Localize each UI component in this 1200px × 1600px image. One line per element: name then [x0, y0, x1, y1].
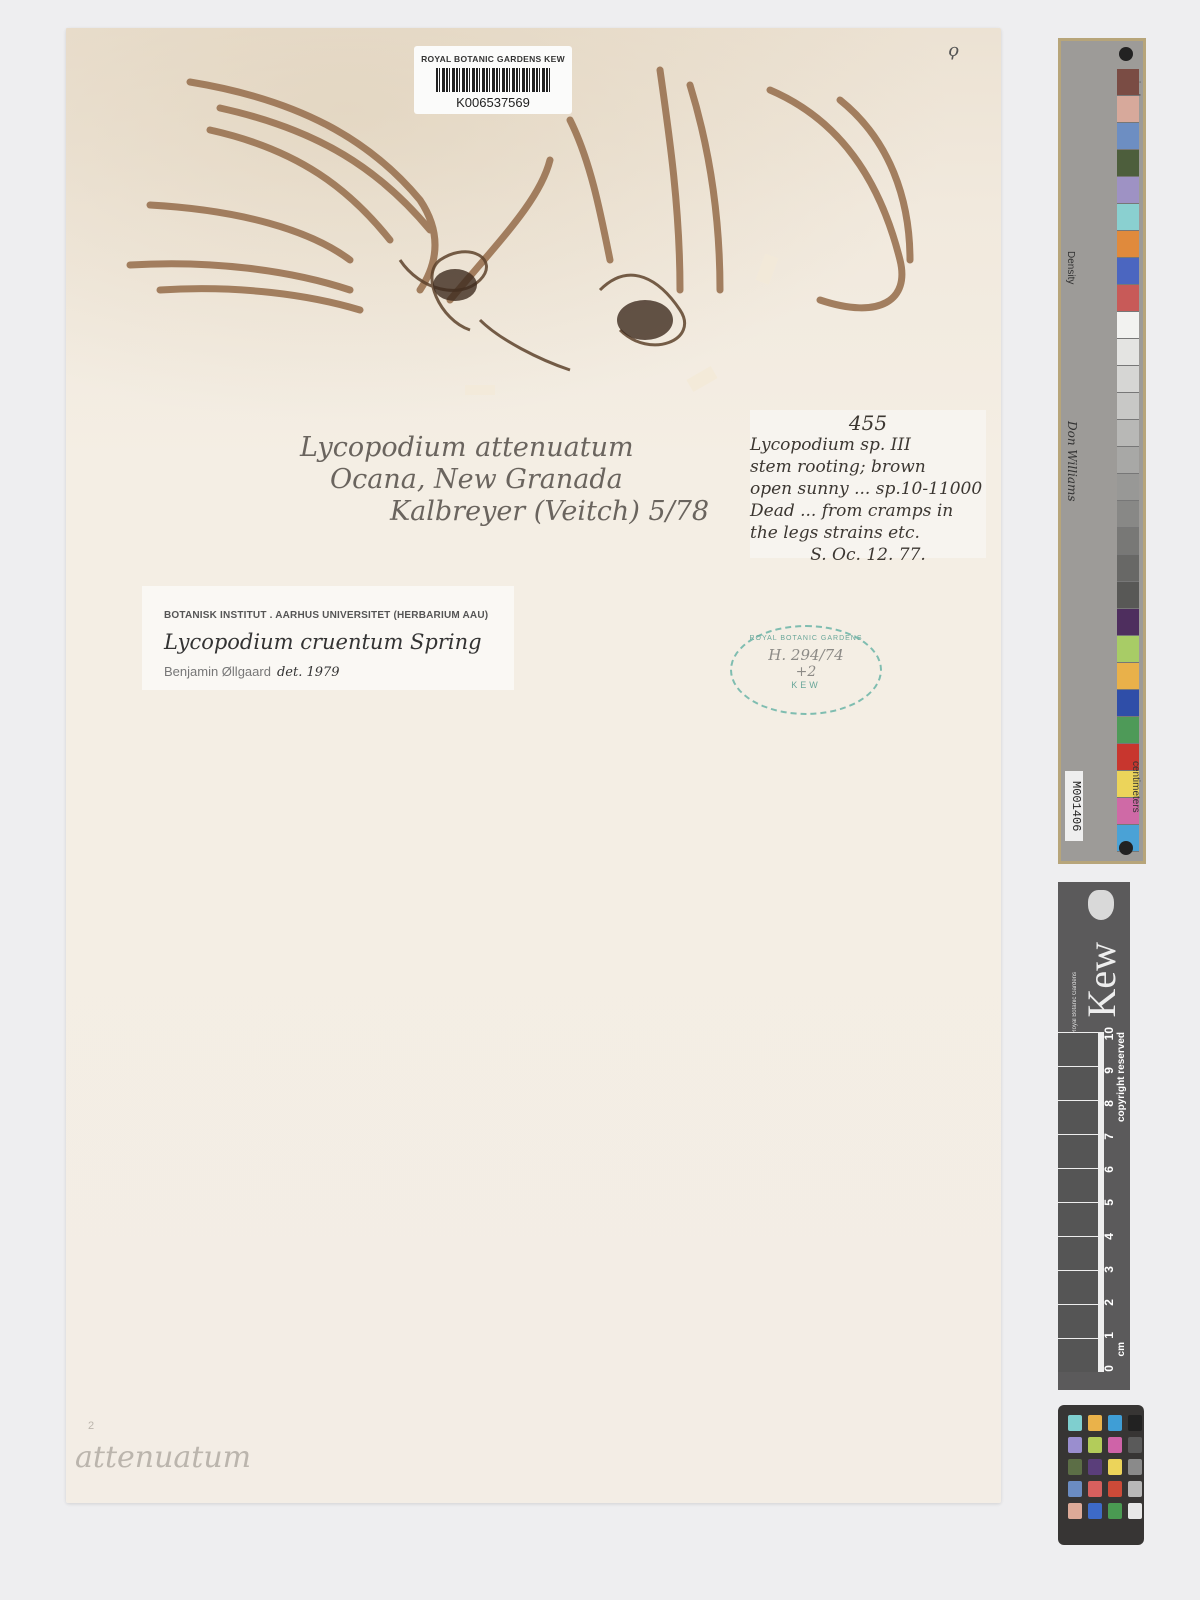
barcode-number: K006537569: [414, 95, 572, 110]
collector-label: 455 Lycopodium sp. III stem rooting; bro…: [750, 410, 986, 558]
checker-patch: [1068, 1459, 1082, 1475]
checker-patch: [1128, 1459, 1142, 1475]
color-checker: [1058, 1405, 1144, 1545]
stamp-place: KEW: [732, 680, 880, 690]
color-swatch: [1117, 123, 1139, 150]
pencil-note: attenuatum: [75, 1440, 251, 1475]
color-swatch: [1117, 663, 1139, 690]
cm-ruler: [1058, 1032, 1104, 1372]
checker-patch: [1088, 1459, 1102, 1475]
original-label-line: Kalbreyer (Veitch) 5/78: [390, 496, 730, 528]
ruler-number: 3: [1102, 1266, 1118, 1273]
checker-patch: [1068, 1437, 1082, 1453]
color-swatch: [1117, 150, 1139, 177]
kew-subtitle: Royal Botanic Gardens: [1072, 972, 1078, 1034]
corner-mark: ϙ: [948, 40, 959, 61]
registration-dot: [1119, 47, 1133, 61]
collector-label-line: Dead ... from cramps in: [750, 500, 986, 522]
checker-patch: [1108, 1503, 1122, 1519]
checker-patch: [1108, 1459, 1122, 1475]
collector-label-line: the legs strains etc.: [750, 522, 986, 544]
colorbar-density-label: Density: [1065, 251, 1076, 284]
checker-patch: [1088, 1481, 1102, 1497]
collector-number: 455: [750, 412, 986, 434]
checker-patch: [1108, 1481, 1122, 1497]
color-swatch: [1117, 447, 1139, 474]
unit-label: cm: [1116, 1342, 1127, 1356]
registration-dot: [1119, 841, 1133, 855]
det-year: det. 1979: [277, 665, 340, 680]
kew-logo: Kew: [1078, 942, 1125, 1018]
ruler-number: 2: [1102, 1299, 1118, 1306]
copyright-text: copyright reserved: [1116, 1032, 1127, 1122]
color-swatch: [1117, 204, 1139, 231]
color-swatch: [1117, 636, 1139, 663]
color-swatch: [1117, 690, 1139, 717]
checker-patch: [1068, 1415, 1082, 1431]
det-institution: BOTANISK INSTITUT . AARHUS UNIVERSITET (…: [164, 610, 488, 621]
original-label-line: Lycopodium attenuatum: [300, 432, 730, 464]
color-swatch: [1117, 717, 1139, 744]
color-swatch: [1117, 177, 1139, 204]
color-swatch: [1117, 312, 1139, 339]
original-handwritten-label: Lycopodium attenuatum Ocana, New Granada…: [290, 432, 730, 542]
determiner-name: Benjamin Øllgaard: [164, 664, 271, 679]
checker-patch: [1128, 1415, 1142, 1431]
ruler-number: 7: [1102, 1133, 1118, 1140]
checker-patch: [1088, 1503, 1102, 1519]
checker-patch: [1088, 1437, 1102, 1453]
kew-scale-bar: Kew Royal Botanic Gardens 012345678910 c…: [1058, 882, 1130, 1390]
det-taxon: Lycopodium cruentum Spring: [164, 630, 482, 654]
color-swatch: [1117, 393, 1139, 420]
determination-label: BOTANISK INSTITUT . AARHUS UNIVERSITET (…: [142, 586, 514, 690]
barcode: [436, 68, 550, 92]
colorbar-code: M001406: [1065, 771, 1083, 841]
colorbar-brand: Don Williams: [1065, 421, 1079, 502]
color-swatch: [1117, 258, 1139, 285]
color-swatch: [1117, 420, 1139, 447]
pencil-number: 2: [88, 1420, 94, 1432]
ruler-number: 0: [1102, 1365, 1118, 1372]
ruler-number: 4: [1102, 1233, 1118, 1240]
det-by: Benjamin Øllgaarddet. 1979: [164, 664, 340, 680]
stamp-accession: H. 294/74: [732, 646, 880, 664]
checker-patch: [1108, 1415, 1122, 1431]
collector-label-line: open sunny ... sp.10-11000: [750, 478, 986, 500]
checker-patch: [1088, 1415, 1102, 1431]
color-swatch: [1117, 474, 1139, 501]
barcode-institution: ROYAL BOTANIC GARDENS KEW: [414, 54, 572, 64]
collector-label-line: Lycopodium sp. III: [750, 434, 986, 456]
color-swatch: [1117, 582, 1139, 609]
color-swatch: [1117, 555, 1139, 582]
color-swatch: [1117, 285, 1139, 312]
color-swatch: [1117, 609, 1139, 636]
color-swatch: [1117, 366, 1139, 393]
checker-patch: [1108, 1437, 1122, 1453]
color-swatch: [1117, 69, 1139, 96]
color-swatch: [1117, 96, 1139, 123]
stamp-ring-text: ROYAL BOTANIC GARDENS: [732, 635, 880, 642]
barcode-label: ROYAL BOTANIC GARDENS KEW K006537569: [414, 46, 572, 114]
checker-patch: [1128, 1503, 1142, 1519]
color-bar: inches Density Don Williams M001406 cent…: [1058, 38, 1146, 864]
checker-patch: [1068, 1481, 1082, 1497]
ruler-number: 5: [1102, 1199, 1118, 1206]
color-swatch: [1117, 231, 1139, 258]
ruler-number: 1: [1102, 1332, 1118, 1339]
checker-patch: [1128, 1481, 1142, 1497]
collector-date: S. Oc. 12. 77.: [750, 544, 986, 566]
collector-label-line: stem rooting; brown: [750, 456, 986, 478]
kew-crest-icon: [1088, 890, 1114, 920]
color-swatch: [1117, 501, 1139, 528]
color-swatch: [1117, 339, 1139, 366]
stamp-extra: +2: [732, 664, 880, 680]
color-swatch: [1117, 528, 1139, 555]
accession-stamp: ROYAL BOTANIC GARDENS H. 294/74 +2 KEW: [730, 625, 882, 715]
color-swatches: [1117, 69, 1139, 852]
colorbar-cm-label: centimeters: [1130, 761, 1141, 813]
lycopodium-specimen: [120, 60, 940, 420]
ruler-number: 6: [1102, 1166, 1118, 1173]
original-label-line: Ocana, New Granada: [330, 464, 730, 496]
checker-patches: [1068, 1415, 1142, 1519]
checker-patch: [1128, 1437, 1142, 1453]
checker-patch: [1068, 1503, 1082, 1519]
